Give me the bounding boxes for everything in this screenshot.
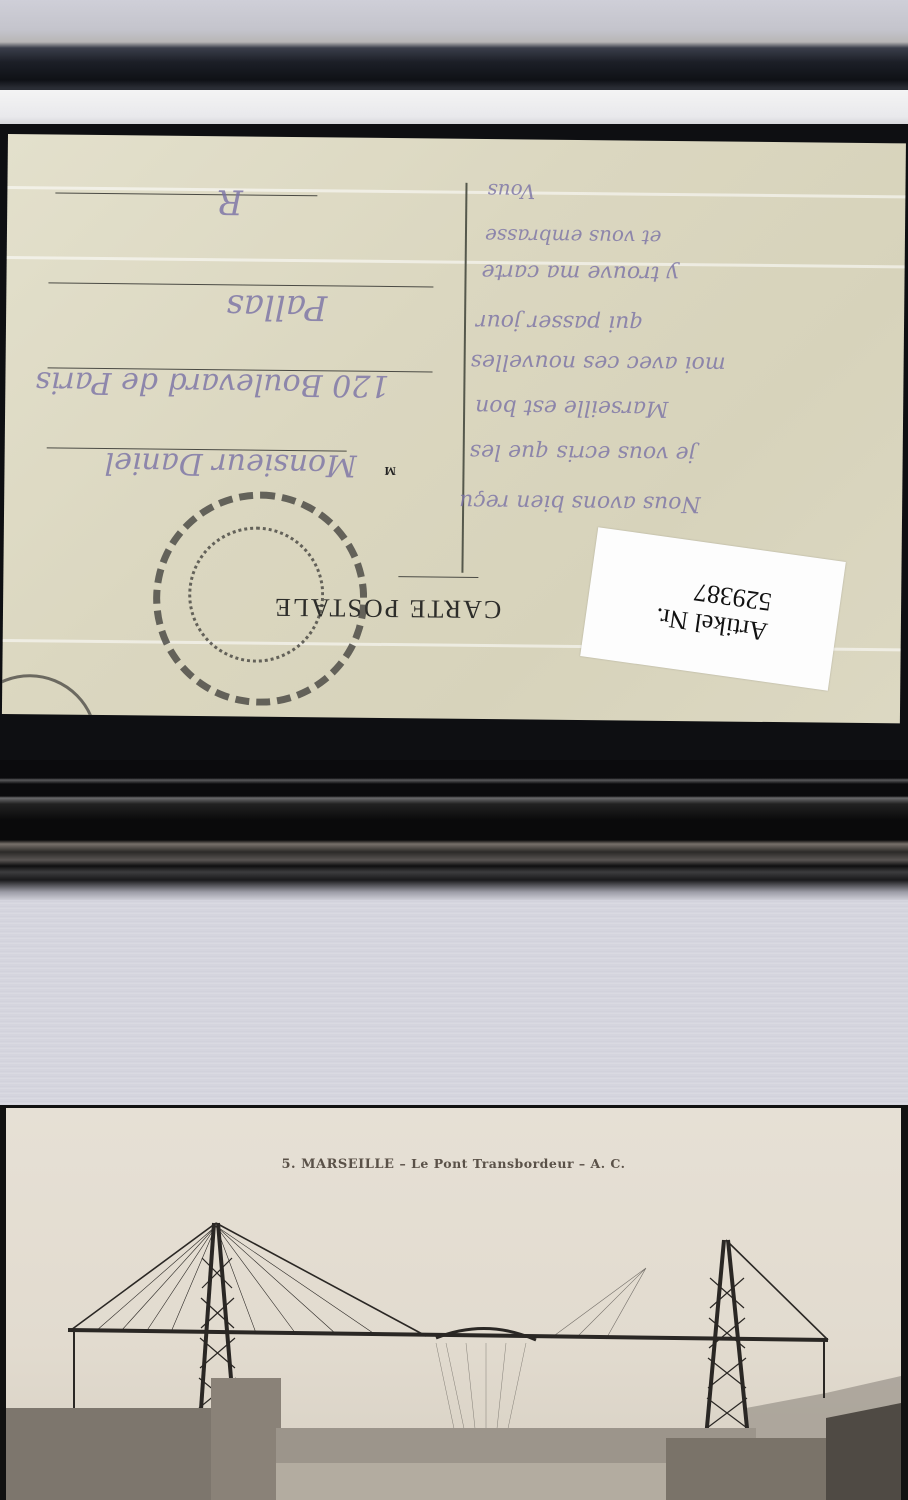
crease-line [7,256,905,268]
postcard-front: 5. MARSEILLE – Le Pont Transbordeur – A.… [0,1105,908,1500]
handwriting-address-line: Pallas [226,286,328,327]
scanner-band-middle [0,900,908,1105]
handwriting-message-line: Marseille est bon [475,394,668,421]
transporter-bridge-photo [6,1108,901,1500]
handwriting-message-line: y trouve ma carte [481,259,679,286]
address-rule [55,192,317,196]
handwriting-message-line: je vous ecris que les [470,439,696,466]
handwriting-message-line: Nous avons bien reçu [459,489,701,517]
address-prefix: M [384,463,395,478]
handwriting-message-line: qui passer jour [476,309,644,336]
handwriting-message-line: et vous embrasse [485,224,662,250]
scanner-band-white [0,90,908,128]
handwriting-address-line: 120 Boulevard de Paris [35,364,389,403]
handwriting-address-line: Monsieur Daniel [104,445,357,483]
postmark-stamp [152,491,368,707]
address-rule [398,576,478,578]
handwriting-message-line: moi avec ces nouvelles [471,349,726,377]
crease-line [7,186,905,198]
handwriting-address-line: R [217,181,243,221]
handwriting-message-line: Vous [487,179,535,203]
scanner-band-top [0,0,908,92]
center-divider [461,183,467,573]
scanner-stripes [0,760,908,900]
